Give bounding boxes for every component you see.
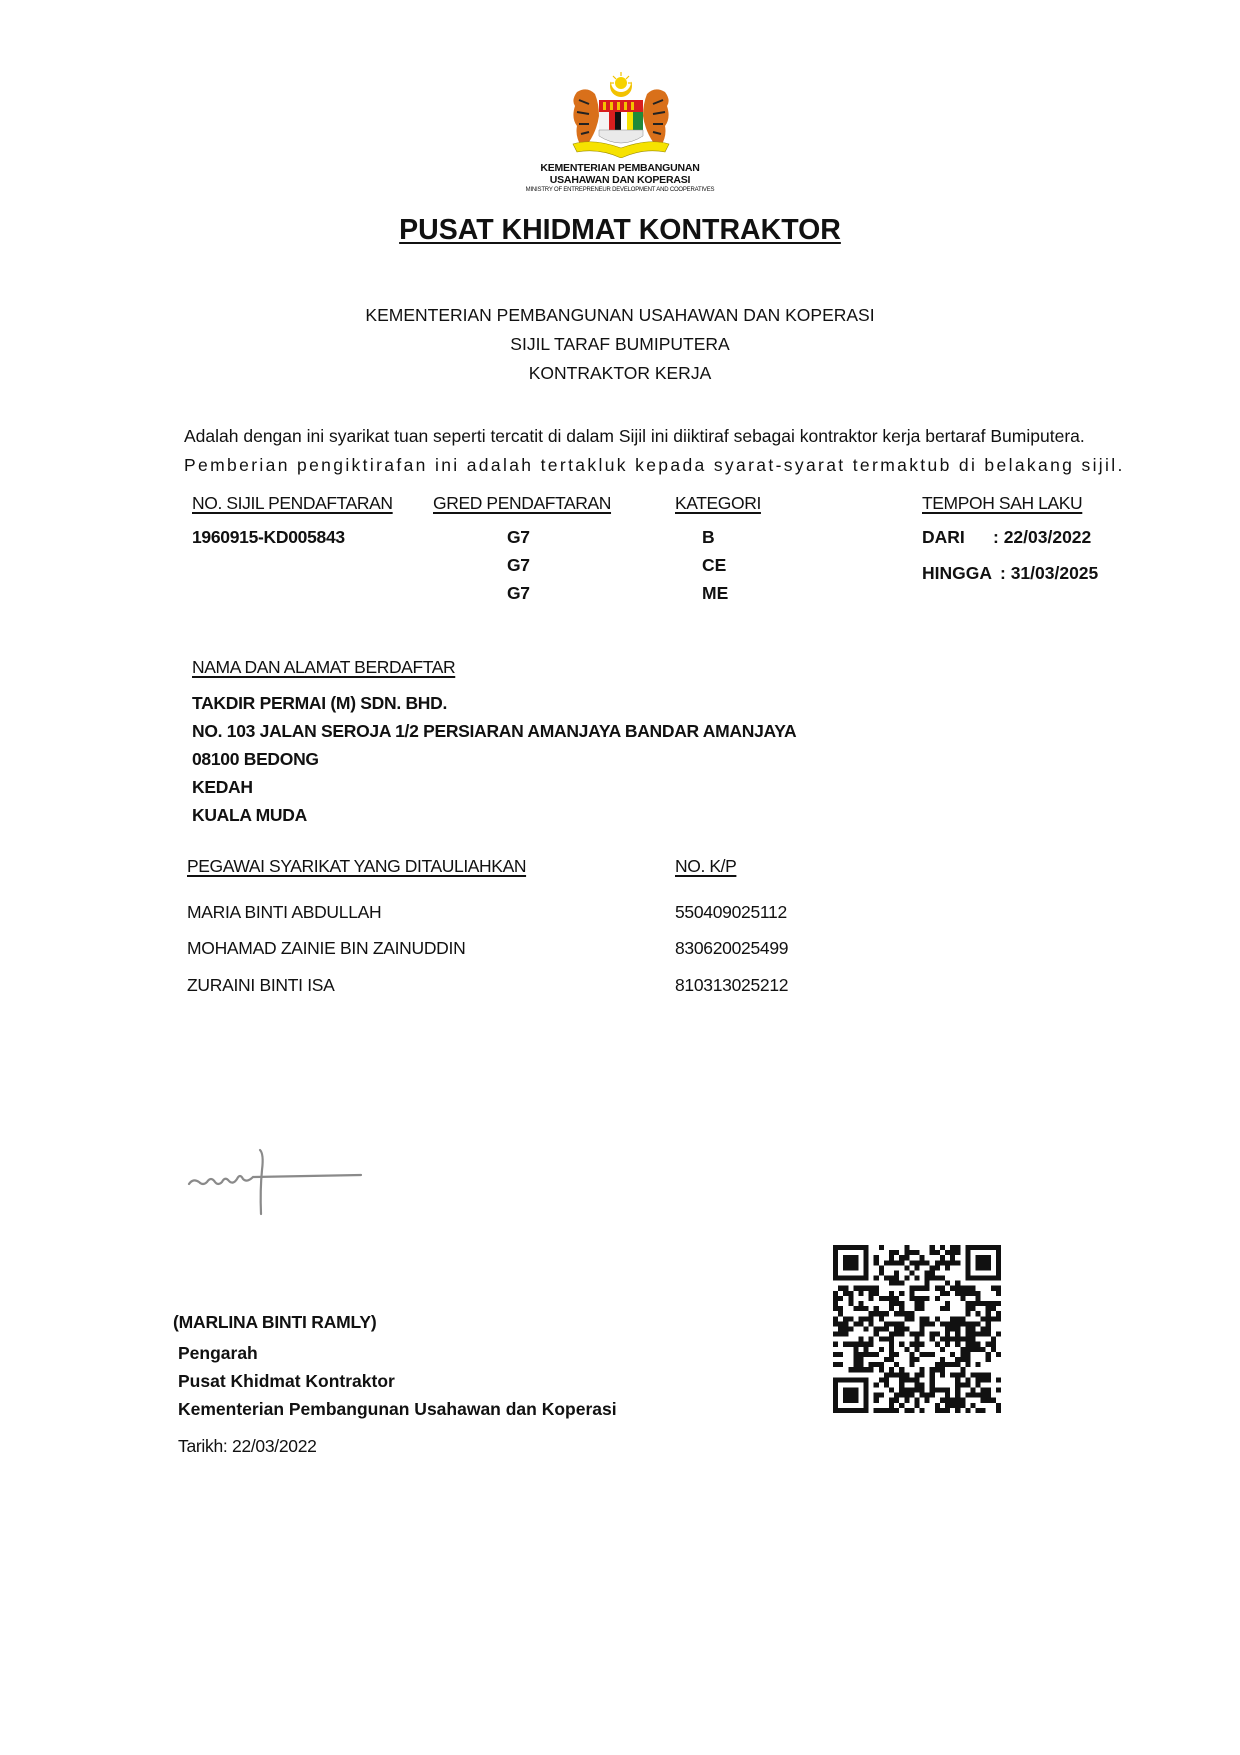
officer-id-2: 830620025499 — [675, 938, 788, 959]
page-title: PUSAT KHIDMAT KONTRAKTOR — [0, 214, 1240, 247]
coat-of-arms-icon — [563, 70, 679, 158]
ministry-name-english: MINISTRY OF ENTREPRENEUR DEVELOPMENT AND… — [480, 187, 760, 193]
company-heading: NAMA DAN ALAMAT BERDAFTAR — [192, 657, 455, 678]
signatory-position: Pengarah — [178, 1343, 258, 1364]
signatory-name: (MARLINA BINTI RAMLY) — [173, 1312, 377, 1333]
intro-line-1: Adalah dengan ini syarikat tuan seperti … — [184, 426, 1172, 447]
valid-from-label: DARI — [922, 527, 965, 548]
company-address-1: NO. 103 JALAN SEROJA 1/2 PERSIARAN AMANJ… — [192, 721, 796, 742]
officer-id-3: 810313025212 — [675, 975, 788, 996]
grade-1: G7 — [507, 527, 530, 548]
header-validity: TEMPOH SAH LAKU — [922, 493, 1082, 514]
company-address-2: 08100 BEDONG — [192, 749, 319, 770]
header-cert-no: NO. SIJIL PENDAFTARAN — [192, 493, 393, 514]
ministry-name-line1: KEMENTERIAN PEMBANGUNAN — [480, 162, 760, 174]
signatory-department: Pusat Khidmat Kontraktor — [178, 1371, 395, 1392]
intro-line-2: Pemberian pengiktirafan ini adalah terta… — [184, 455, 1172, 476]
qr-code-icon[interactable] — [833, 1245, 1001, 1413]
category-1: B — [702, 527, 715, 548]
certificate-type: SIJIL TARAF BUMIPUTERA — [0, 334, 1240, 355]
signature-icon — [185, 1148, 385, 1218]
company-district: KUALA MUDA — [192, 805, 307, 826]
officer-name-3: ZURAINI BINTI ISA — [187, 975, 335, 996]
ministry-name-line2: USAHAWAN DAN KOPERASI — [480, 174, 760, 186]
valid-from-date: : 22/03/2022 — [993, 527, 1091, 548]
cert-number: 1960915-KD005843 — [192, 527, 345, 548]
officer-name-1: MARIA BINTI ABDULLAH — [187, 902, 381, 923]
company-state: KEDAH — [192, 777, 253, 798]
officers-id-heading: NO. K/P — [675, 856, 736, 877]
officer-id-1: 550409025112 — [675, 902, 787, 923]
header-category: KATEGORI — [675, 493, 761, 514]
category-3: ME — [702, 583, 728, 604]
ministry-subtitle: KEMENTERIAN PEMBANGUNAN USAHAWAN DAN KOP… — [0, 305, 1240, 326]
grade-2: G7 — [507, 555, 530, 576]
company-name: TAKDIR PERMAI (M) SDN. BHD. — [192, 693, 447, 714]
issue-date: Tarikh: 22/03/2022 — [178, 1436, 317, 1457]
valid-to-label: HINGGA — [922, 563, 992, 584]
officers-heading: PEGAWAI SYARIKAT YANG DITAULIAHKAN — [187, 856, 526, 877]
valid-to-date: : 31/03/2025 — [1000, 563, 1098, 584]
category-2: CE — [702, 555, 726, 576]
signatory-ministry: Kementerian Pembangunan Usahawan dan Kop… — [178, 1399, 617, 1420]
header-grade: GRED PENDAFTARAN — [433, 493, 611, 514]
officer-name-2: MOHAMAD ZAINIE BIN ZAINUDDIN — [187, 938, 465, 959]
grade-3: G7 — [507, 583, 530, 604]
contractor-type: KONTRAKTOR KERJA — [0, 363, 1240, 384]
